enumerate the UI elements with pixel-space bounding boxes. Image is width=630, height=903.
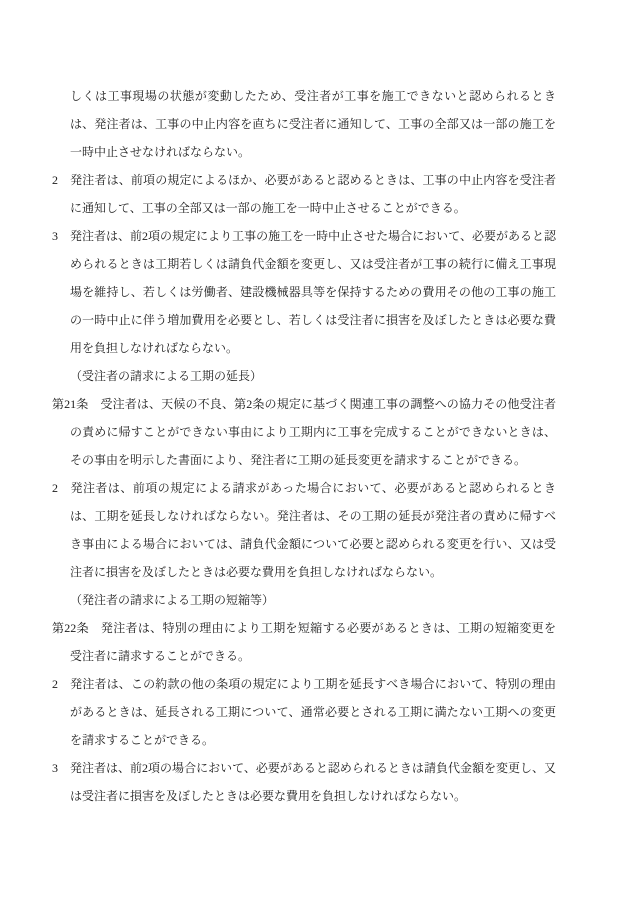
clause-paragraph-22-2: 2発注者は、この約款の他の条項の規定により工期を延長すべき場合において、特別の理…: [70, 670, 556, 754]
clause-number: 2: [52, 173, 58, 187]
article-paragraph-21: 第21条受注者は、天候の不良、第2条の規定に基づく関連工事の調整への協力その他受…: [70, 390, 556, 474]
clause-number: 3: [52, 761, 58, 775]
paragraph-text: 受注者は、天候の不良、第2条の規定に基づく関連工事の調整への協力その他受注者の責…: [70, 397, 556, 467]
section-heading-extension: （受注者の請求による工期の延長）: [70, 362, 556, 390]
article-number: 第22条: [52, 621, 89, 635]
article-paragraph-22: 第22条発注者は、特別の理由により工期を短縮する必要があるときは、工期の短縮変更…: [70, 614, 556, 670]
heading-text: （発注者の請求による工期の短縮等）: [70, 593, 274, 607]
paragraph-text: 発注者は、特別の理由により工期を短縮する必要があるときは、工期の短縮変更を受注者…: [70, 621, 556, 663]
paragraph-text: 発注者は、前2項の場合において、必要があると認められるときは請負代金額を変更し、…: [70, 761, 556, 803]
paragraph-text: しくは工事現場の状態が変動したため、受注者が工事を施工できないと認められるときは…: [70, 89, 556, 159]
clause-number: 2: [52, 481, 58, 495]
article-number: 第21条: [52, 397, 88, 411]
section-heading-shortening: （発注者の請求による工期の短縮等）: [70, 586, 556, 614]
contract-text-body: しくは工事現場の状態が変動したため、受注者が工事を施工できないと認められるときは…: [70, 82, 556, 810]
heading-text: （受注者の請求による工期の延長）: [70, 369, 262, 383]
paragraph-text: 発注者は、前項の規定による請求があった場合において、必要があると認められるときは…: [70, 481, 556, 579]
clause-number: 2: [52, 677, 58, 691]
continuation-paragraph: しくは工事現場の状態が変動したため、受注者が工事を施工できないと認められるときは…: [70, 82, 556, 166]
clause-paragraph-3: 3発注者は、前2項の規定により工事の施工を一時中止させた場合において、必要がある…: [70, 222, 556, 362]
clause-paragraph-2: 2発注者は、前項の規定によるほか、必要があると認めるときは、工事の中止内容を受注…: [70, 166, 556, 222]
clause-paragraph-22-3: 3発注者は、前2項の場合において、必要があると認められるときは請負代金額を変更し…: [70, 754, 556, 810]
paragraph-text: 発注者は、この約款の他の条項の規定により工期を延長すべき場合において、特別の理由…: [70, 677, 556, 747]
document-page: しくは工事現場の状態が変動したため、受注者が工事を施工できないと認められるときは…: [0, 0, 630, 903]
clause-paragraph-21-2: 2発注者は、前項の規定による請求があった場合において、必要があると認められるとき…: [70, 474, 556, 586]
paragraph-text: 発注者は、前2項の規定により工事の施工を一時中止させた場合において、必要があると…: [70, 229, 556, 355]
clause-number: 3: [52, 229, 58, 243]
paragraph-text: 発注者は、前項の規定によるほか、必要があると認めるときは、工事の中止内容を受注者…: [70, 173, 556, 215]
